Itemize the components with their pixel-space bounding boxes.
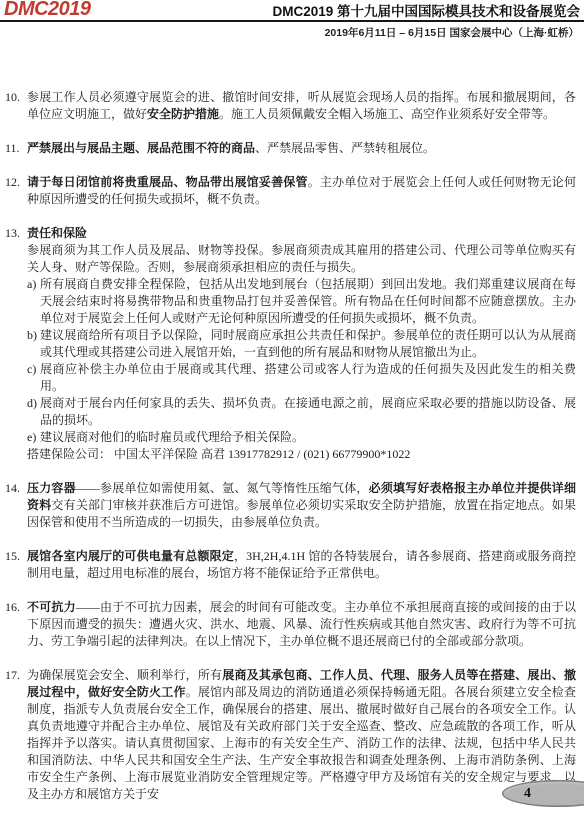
document-page: DMC2019 DMC2019 第十九届中国国际模具技术和设备展览会 2019年… bbox=[0, 0, 584, 814]
list-item: 12.请于每日闭馆前将贵重展品、物品带出展馆妥善保管。主办单位对于展览会上任何人… bbox=[5, 174, 576, 208]
text-segment: 建议展商对他们的临时雇员或代理给予相关保险。 bbox=[40, 430, 304, 444]
text-segment: 所有展商自费安排全程保险，包括从出发地到展台（包括展期）到回出发地。我们郑重建议… bbox=[40, 277, 576, 325]
item-number: 10. bbox=[5, 89, 20, 106]
list-item: 13.责任和保险参展商须为其工作人员及展品、财物等投保。参展商须责成其雇用的搭建… bbox=[5, 225, 576, 463]
sub-clause-marker: b) bbox=[27, 327, 37, 344]
text-segment: 参展商须为其工作人员及展品、财物等投保。参展商须责成其雇用的搭建公司、代理公司等… bbox=[27, 243, 576, 274]
paragraph: 严禁展出与展品主题、展品范围不符的商品、严禁展品零售、严禁转租展位。 bbox=[27, 140, 576, 157]
list-item: 14.压力容器——参展单位如需使用氦、氩、氮气等惰性压缩气体，必须填写好表格报主… bbox=[5, 480, 576, 531]
item-number: 14. bbox=[5, 480, 20, 497]
dmc-logo: DMC2019 bbox=[4, 0, 91, 18]
text-segment: 安全防护措施 bbox=[147, 107, 219, 121]
text-segment: 建议展商给所有项目予以保险，同时展商应承担公共责任和保护。参展单位的责任期可以认… bbox=[40, 328, 576, 359]
item-number: 15. bbox=[5, 548, 20, 565]
sub-clause: c)展商应补偿主办单位由于展商或其代理、搭建公司或客人行为造成的任何损失及因此发… bbox=[27, 361, 576, 395]
paragraph: 责任和保险 bbox=[27, 225, 576, 242]
text-segment: 展馆各室内展厅的可供电量有总额限定 bbox=[27, 549, 234, 563]
paragraph: 不可抗力——由于不可抗力因素，展会的时间有可能改变。主办单位不承担展商直接的或间… bbox=[27, 599, 576, 650]
text-segment: ——由于不可抗力因素，展会的时间有可能改变。主办单位不承担展商直接的或间接的由于… bbox=[27, 600, 576, 648]
item-number: 13. bbox=[5, 225, 20, 242]
list-item: 15.展馆各室内展厅的可供电量有总额限定，3H,2H,4.1H 馆的各特装展台，… bbox=[5, 548, 576, 582]
paragraph: 压力容器——参展单位如需使用氦、氩、氮气等惰性压缩气体，必须填写好表格报主办单位… bbox=[27, 480, 576, 531]
paragraph: 参展商须为其工作人员及展品、财物等投保。参展商须责成其雇用的搭建公司、代理公司等… bbox=[27, 242, 576, 276]
text-segment: 交有关部门审核并获准后方可进馆。参展单位必须切实采取安全防护措施，放置在指定地点… bbox=[27, 498, 576, 529]
sub-clause: b)建议展商给所有项目予以保险，同时展商应承担公共责任和保护。参展单位的责任期可… bbox=[27, 327, 576, 361]
paragraph: 为确保展览会安全、顺利举行，所有展商及其承包商、工作人员、代理、服务人员等在搭建… bbox=[27, 667, 576, 803]
text-segment: ——参展单位如需使用氦、氩、氮气等惰性压缩气体， bbox=[76, 481, 369, 495]
list-item: 10.参展工作人员必须遵守展览会的进、撤馆时间安排，听从展览会现场人员的指挥。布… bbox=[5, 89, 576, 123]
list-item: 16.不可抗力——由于不可抗力因素，展会的时间有可能改变。主办单位不承担展商直接… bbox=[5, 599, 576, 650]
text-segment: 不可抗力 bbox=[27, 600, 76, 614]
sub-clause-marker: e) bbox=[27, 429, 36, 446]
text-segment: 请于每日闭馆前将贵重展品、物品带出展馆妥善保管 bbox=[27, 175, 308, 189]
sub-clause: a)所有展商自费安排全程保险，包括从出发地到展台（包括展期）到回出发地。我们郑重… bbox=[27, 276, 576, 327]
text-segment: 展商对于展台内任何家具的丢失、损坏负责。在接通电源之前，展商应采取必要的措施以防… bbox=[40, 396, 576, 427]
page-header: DMC2019 DMC2019 第十九届中国国际模具技术和设备展览会 2019年… bbox=[0, 0, 584, 40]
text-segment: 搭建保险公司： 中国太平洋保险 高君 13917782912 / (021) 6… bbox=[27, 447, 410, 461]
text-segment: 、严禁展品零售、严禁转租展位。 bbox=[255, 141, 435, 155]
paragraph: 请于每日闭馆前将贵重展品、物品带出展馆妥善保管。主办单位对于展览会上任何人或任何… bbox=[27, 174, 576, 208]
text-segment: 严禁展出与展品主题、展品范围不符的商品 bbox=[27, 141, 255, 155]
text-segment: 责任和保险 bbox=[27, 226, 87, 240]
sub-clause-marker: c) bbox=[27, 361, 36, 378]
sub-clause-marker: d) bbox=[27, 395, 37, 412]
text-segment: 为确保展览会安全、顺利举行，所有 bbox=[27, 668, 222, 682]
paragraph: 搭建保险公司： 中国太平洋保险 高君 13917782912 / (021) 6… bbox=[27, 446, 576, 463]
item-number: 12. bbox=[5, 174, 20, 191]
sub-clause-marker: a) bbox=[27, 276, 36, 293]
regulation-list: 10.参展工作人员必须遵守展览会的进、撤馆时间安排，听从展览会现场人员的指挥。布… bbox=[5, 89, 576, 803]
list-item: 17.为确保展览会安全、顺利举行，所有展商及其承包商、工作人员、代理、服务人员等… bbox=[5, 667, 576, 803]
exhibition-date-venue: 2019年6月11日 – 6月15日 国家会展中心（上海·虹桥） bbox=[0, 22, 584, 40]
item-number: 16. bbox=[5, 599, 20, 616]
paragraph: 展馆各室内展厅的可供电量有总额限定，3H,2H,4.1H 馆的各特装展台，请各参… bbox=[27, 548, 576, 582]
text-segment: 展商应补偿主办单位由于展商或其代理、搭建公司或客人行为造成的任何损失及因此发生的… bbox=[40, 362, 576, 393]
text-segment: 压力容器 bbox=[27, 481, 76, 495]
sub-clause: e)建议展商对他们的临时雇员或代理给予相关保险。 bbox=[27, 429, 576, 446]
text-segment: 。展馆内部及周边的消防通道必须保持畅通无阻。各展台须建立安全检查制度，指派专人负… bbox=[27, 685, 576, 801]
list-item: 11.严禁展出与展品主题、展品范围不符的商品、严禁展品零售、严禁转租展位。 bbox=[5, 140, 576, 157]
text-segment: 。施工人员须佩戴安全帽入场施工、高空作业须系好安全带等。 bbox=[219, 107, 555, 121]
item-number: 17. bbox=[5, 667, 20, 684]
item-number: 11. bbox=[5, 140, 20, 157]
sub-clause: d)展商对于展台内任何家具的丢失、损坏负责。在接通电源之前，展商应采取必要的措施… bbox=[27, 395, 576, 429]
page-number: 4 bbox=[502, 786, 531, 802]
paragraph: 参展工作人员必须遵守展览会的进、撤馆时间安排，听从展览会现场人员的指挥。布展和撤… bbox=[27, 89, 576, 123]
